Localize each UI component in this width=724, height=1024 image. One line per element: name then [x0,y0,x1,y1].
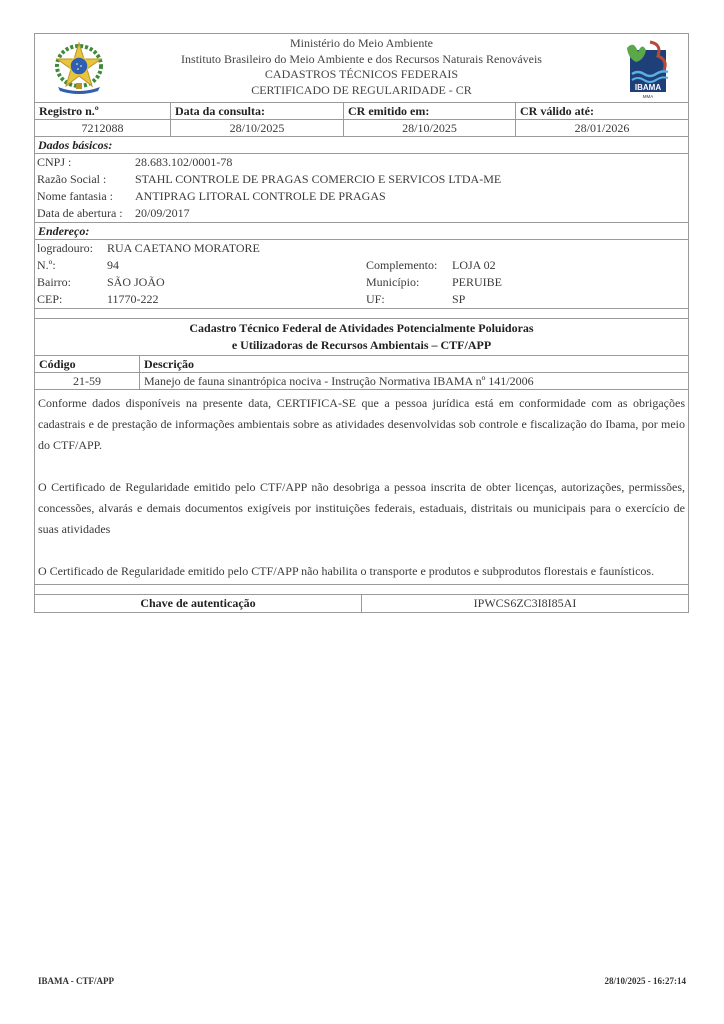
zip-label: CEP: [37,291,107,308]
number-label: N.º: [37,257,107,274]
address-row: CEP: 11770-222 UF: SP [35,291,688,308]
street-field: logradouro: RUA CAETANO MORATORE [35,240,688,257]
table-row: 21-59 Manejo de fauna sinantrópica nociv… [35,373,688,390]
issued-date: 28/10/2025 [344,120,516,136]
ministry-name: Ministério do Meio Ambiente [35,36,688,52]
city-label: Município: [366,274,452,291]
address-section: logradouro: RUA CAETANO MORATORE N.º: 94… [35,240,688,309]
ctf-title: Cadastro Técnico Federal de Atividades P… [35,319,688,356]
district-value: SÃO JOÃO [107,274,366,291]
valid-until-label: CR válido até: [516,103,688,119]
institute-name: Instituto Brasileiro do Meio Ambiente e … [35,52,688,68]
complement-value: LOJA 02 [452,257,688,274]
basic-data-heading: Dados básicos: [35,137,688,154]
cnpj-value: 28.683.102/0001-78 [135,154,688,171]
issued-date-label: CR emitido em: [344,103,516,119]
ctf-title-line-2: e Utilizadoras de Recursos Ambientais – … [35,337,688,354]
registry-type: CADASTROS TÉCNICOS FEDERAIS [35,67,688,83]
street-value: RUA CAETANO MORATORE [107,240,688,257]
city-value: PERUIBE [452,274,688,291]
company-name-label: Razão Social : [37,171,135,188]
certificate-title: CERTIFICADO DE REGULARIDADE - CR [35,83,688,99]
cnpj-label: CNPJ : [37,154,135,171]
address-row: Bairro: SÃO JOÃO Município: PERUIBE [35,274,688,291]
zip-value: 11770-222 [107,291,366,308]
state-value: SP [452,291,688,308]
district-label: Bairro: [37,274,107,291]
svg-text:MMA: MMA [643,94,654,99]
brazil-coat-of-arms-icon [52,39,106,95]
opening-date-field: Data de abertura : 20/09/2017 [35,205,688,222]
ctf-title-line-1: Cadastro Técnico Federal de Atividades P… [35,320,688,337]
address-heading: Endereço: [35,223,688,240]
svg-text:IBAMA: IBAMA [635,83,661,92]
trade-name-field: Nome fantasia : ANTIPRAG LITORAL CONTROL… [35,188,688,205]
activity-code: 21-59 [35,373,140,389]
footer-timestamp: 28/10/2025 - 16:27:14 [605,976,687,986]
spacer-row [35,309,688,319]
footer-system-name: IBAMA - CTF/APP [38,976,114,986]
activity-description: Manejo de fauna sinantrópica nociva - In… [140,373,688,389]
trade-name-value: ANTIPRAG LITORAL CONTROLE DE PRAGAS [135,188,688,205]
opening-date-value: 20/09/2017 [135,205,688,222]
basic-data-section: CNPJ : 28.683.102/0001-78 Razão Social :… [35,154,688,223]
consultation-date: 28/10/2025 [171,120,344,136]
registry-number-label: Registro n.º [35,103,171,119]
company-name-field: Razão Social : STAHL CONTROLE DE PRAGAS … [35,171,688,188]
registry-number: 7212088 [35,120,171,136]
ctf-table-header: Código Descrição [35,356,688,373]
valid-until-date: 28/01/2026 [516,120,688,136]
document-header: Ministério do Meio Ambiente Instituto Br… [35,34,688,103]
ibama-logo-icon: IBAMA MMA [624,38,674,100]
authentication-key-value: IPWCS6ZC3I8I85AI [362,595,688,612]
company-name-value: STAHL CONTROLE DE PRAGAS COMERCIO E SERV… [135,171,688,188]
cnpj-field: CNPJ : 28.683.102/0001-78 [35,154,688,171]
opening-date-label: Data de abertura : [37,205,135,222]
street-label: logradouro: [37,240,107,257]
paragraph-compliance: Conforme dados disponíveis na presente d… [38,393,685,456]
spacer-row [35,585,688,595]
paragraph-transport: O Certificado de Regularidade emitido pe… [38,561,685,584]
complement-label: Complemento: [366,257,452,274]
trade-name-label: Nome fantasia : [37,188,135,205]
authentication-row: Chave de autenticação IPWCS6ZC3I8I85AI [35,595,688,612]
certification-text: Conforme dados disponíveis na presente d… [35,390,688,585]
paragraph-no-exemption: O Certificado de Regularidade emitido pe… [38,477,685,540]
consultation-date-label: Data da consulta: [171,103,344,119]
state-label: UF: [366,291,452,308]
code-column-header: Código [35,356,140,372]
registry-labels-row: Registro n.º Data da consulta: CR emitid… [35,103,688,120]
registry-values-row: 7212088 28/10/2025 28/10/2025 28/01/2026 [35,120,688,137]
address-row: N.º: 94 Complemento: LOJA 02 [35,257,688,274]
authentication-key-label: Chave de autenticação [35,595,362,612]
description-column-header: Descrição [140,356,688,372]
certificate-document: Ministério do Meio Ambiente Instituto Br… [34,33,689,613]
number-value: 94 [107,257,366,274]
